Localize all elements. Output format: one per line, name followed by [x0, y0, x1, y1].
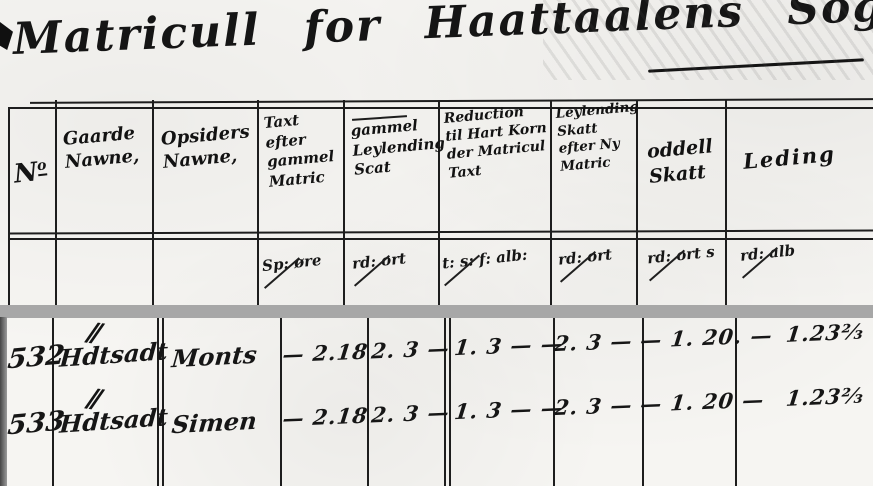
col-line-1	[55, 100, 57, 305]
col-line-6	[550, 100, 552, 305]
row-533-opsider: Simen	[170, 406, 258, 439]
col-line-8	[725, 100, 727, 305]
unit-rd-ort-1: rd: ort	[351, 249, 407, 273]
header-bottom-line	[8, 229, 873, 234]
row-532-reduction: 1. 3 — —	[453, 331, 564, 360]
header-leding: Leding	[742, 138, 864, 176]
header-oddell-skatt: oddell Skatt	[646, 134, 724, 190]
row-533-gammel-leylending: 2. 3 —	[370, 399, 451, 427]
header-gaarde-nawne: Gaarde Nawne,	[62, 120, 154, 174]
header-no-n: N	[13, 157, 40, 189]
row-532-leding: 1.23⅔	[785, 319, 866, 347]
header-no: No	[13, 156, 49, 189]
table-top-line-2	[8, 107, 873, 109]
row-533-leylending-ny: 2. 3 —	[553, 392, 634, 420]
unit-rd-alb: rd: alb	[739, 241, 796, 265]
manuscript-page: Matricull for Haattaalens Sogn No Gaarde…	[0, 0, 873, 486]
row-532-values: — 2.18 2. 3 — 1. 3 — — 2. 3 — — 1. 20. —…	[282, 318, 873, 382]
header-opsiders-nawne: Opsiders Nawne,	[160, 120, 258, 175]
row-532-opsider: Monts	[170, 340, 258, 373]
row-533-farm: Hdtsadt	[59, 402, 169, 438]
col-line-4	[343, 100, 345, 305]
col-line-5	[438, 100, 440, 305]
col-line-left	[8, 108, 10, 305]
table-top-line	[30, 98, 873, 104]
header-leylending-ny-matric: Leylending Skatt efter Ny Matric	[555, 99, 637, 176]
row-532-gammel-leylending: 2. 3 —	[370, 335, 451, 363]
header-reduction-hartkorn: Reduction til Hart Korn der Matricul Tax…	[443, 101, 551, 182]
scan-stitch-band	[0, 305, 873, 318]
row-533-leding: 1.23⅔	[785, 383, 866, 411]
col-line-7	[636, 100, 638, 305]
unit-rd-ort-2: rd: ort	[557, 245, 613, 269]
row-532-farm: Hdtsadt	[59, 336, 169, 372]
row-533-oddell-skatt: — 1. 20 —	[639, 387, 766, 417]
header-taxt-gammel-matric: Taxt efter gammel Matric	[263, 107, 346, 191]
unit-rd-ort-s: rd: ort s	[646, 243, 715, 268]
row-533-values: — 2.18 2. 3 — 1. 3 — — 2. 3 — — 1. 20 — …	[282, 382, 873, 446]
header-no-sup: o	[36, 158, 47, 177]
unit-sp-ore: Sp: øre	[261, 251, 322, 275]
row-532-leylending-ny: 2. 3 —	[553, 328, 634, 356]
page-left-edge-shadow	[0, 317, 7, 486]
header-gammel-leylending: gammel Leylending Scat	[350, 115, 439, 181]
row-532-oddell-skatt: — 1. 20. —	[639, 322, 774, 352]
row-533-reduction: 1. 3 — —	[453, 395, 564, 424]
row-533-taxt-gammel: — 2.18	[281, 403, 369, 432]
row-533-number: 533	[6, 406, 66, 442]
unit-t-s-f-alb: t: s: f: alb:	[441, 246, 528, 273]
ink-bleedthrough-hatching	[543, 0, 873, 80]
page-edge-mark	[0, 22, 13, 50]
col-line-2	[152, 100, 154, 305]
row-532-number: 532	[6, 340, 66, 376]
col-line-3	[257, 100, 259, 305]
header-bottom-line-2	[8, 238, 873, 240]
row-532-taxt-gammel: — 2.18	[281, 339, 369, 368]
